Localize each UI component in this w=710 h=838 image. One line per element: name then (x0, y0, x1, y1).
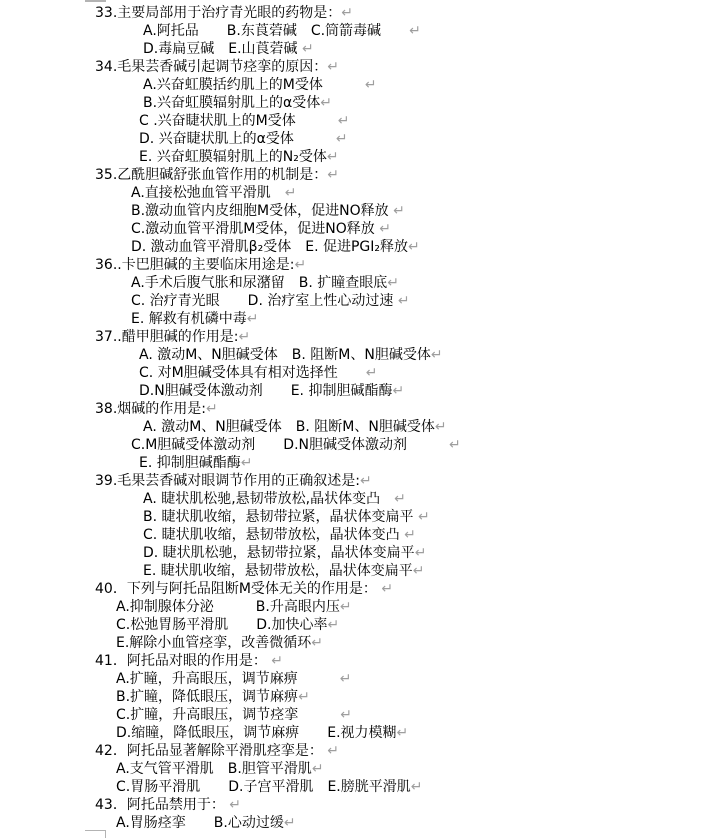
option-line: B.兴奋虹膜辐射肌上的α受体↵ (143, 94, 710, 112)
option-line: B.激动血管内皮细胞M受体，促进NO释放 ↵ (131, 202, 710, 220)
option-line: C. 治疗青光眼 D. 治疗室上性心动过速 ↵ (131, 292, 710, 310)
line-text: D.N胆碱受体激动剂 E. 抑制胆碱酯酶 (139, 383, 392, 399)
paragraph-mark-icon: ↵ (312, 761, 324, 777)
question-line-35: 35.乙酰胆碱舒张血管作用的机制是：↵ (95, 166, 710, 184)
question-line-36: 36..卡巴胆碱的主要临床用途是:↵ (95, 256, 710, 274)
line-text: C.M胆碱受体激动剂 D.N胆碱受体激动剂 (131, 437, 449, 453)
paragraph-mark-icon: ↵ (294, 257, 306, 273)
option-line: E. 兴奋虹膜辐射肌上的N₂受体↵ (139, 148, 710, 166)
paragraph-mark-icon: ↵ (379, 221, 391, 237)
paragraph-mark-icon: ↵ (431, 347, 443, 363)
paragraph-mark-icon: ↵ (320, 95, 332, 111)
line-text: 33.主要局部用于治疗青光眼的药物是： (95, 5, 341, 21)
paragraph-mark-icon: ↵ (415, 545, 427, 561)
line-text: A. 激动M、N胆碱受体 B. 阻断M、N胆碱受体 (143, 419, 435, 435)
option-line: C.激动血管平滑肌M受体，促进NO释放 ↵ (131, 220, 710, 238)
paragraph-mark-icon: ↵ (411, 779, 423, 795)
option-line: A.支气管平滑肌 B.胆管平滑肌↵ (116, 760, 710, 778)
line-text: E. 抑制胆碱酯酶 (139, 455, 241, 471)
line-text: C.胃肠平滑肌 D.子宫平滑肌 E.膀胱平滑肌 (116, 779, 411, 795)
question-line-33: 33.主要局部用于治疗青光眼的药物是：↵ (95, 4, 710, 22)
line-text: 36..卡巴胆碱的主要临床用途是: (95, 257, 294, 273)
paragraph-mark-icon: ↵ (298, 689, 310, 705)
option-line: A.胃肠痉挛 B.心动过缓↵ (116, 814, 710, 832)
line-text: D. 激动血管平滑肌β₂受体 E. 促进PGI₂释放 (131, 239, 408, 255)
line-text: A.直接松弛血管平滑肌 (131, 185, 285, 201)
question-line-38: 38.烟碱的作用是:↵ (95, 400, 710, 418)
line-text: B.激动血管内皮细胞M受体，促进NO释放 (131, 203, 393, 219)
paragraph-mark-icon: ↵ (408, 239, 420, 255)
option-line: B.扩瞳，降低眼压，调节麻痹↵ (116, 688, 710, 706)
line-text: 41．阿托品对眼的作用是： (95, 653, 271, 669)
line-text: 40．下列与阿托品阻断M受体无关的作用是： (95, 581, 381, 597)
paragraph-mark-icon: ↵ (435, 419, 447, 435)
line-text: 34.毛果芸香碱引起调节痉挛的原因： (95, 59, 327, 75)
question-line-39: 39.毛果芸香碱对眼调节作用的正确叙述是:↵ (95, 472, 710, 490)
paragraph-mark-icon: ↵ (409, 23, 421, 39)
option-line: A.抑制腺体分泌 B.升高眼内压↵ (116, 598, 710, 616)
line-text: B. 睫状肌收缩，悬韧带拉紧，晶状体变扁平 (143, 509, 418, 525)
option-line: D. 睫状肌松驰，悬韧带拉紧，晶状体变扁平↵ (143, 544, 710, 562)
paragraph-mark-icon: ↵ (340, 599, 352, 615)
line-text: B.兴奋虹膜辐射肌上的α受体 (143, 95, 320, 111)
option-line: C .兴奋睫状肌上的M受体 ↵ (139, 112, 710, 130)
option-line: E.解除小血管痉挛，改善微循环↵ (116, 634, 710, 652)
option-line: A.直接松弛血管平滑肌 ↵ (131, 184, 710, 202)
option-line: D.毒扁豆碱 E.山莨菪碱 ↵ (143, 40, 710, 58)
paragraph-mark-icon: ↵ (238, 329, 250, 345)
paragraph-mark-icon: ↵ (392, 383, 404, 399)
line-text: 37..醋甲胆碱的作用是: (95, 329, 238, 345)
paragraph-mark-icon: ↵ (302, 41, 314, 57)
line-text: D. 兴奋睫状肌上的α受体 (139, 131, 336, 147)
paragraph-mark-icon: ↵ (206, 401, 218, 417)
paragraph-mark-icon: ↵ (341, 5, 353, 21)
line-text: A.手术后腹气胀和尿潴留 B. 扩瞳查眼底 (131, 275, 387, 291)
paragraph-mark-icon: ↵ (284, 815, 296, 831)
line-text: D. 睫状肌松驰，悬韧带拉紧，晶状体变扁平 (143, 545, 415, 561)
line-text: A.胃肠痉挛 B.心动过缓 (116, 815, 284, 831)
paragraph-mark-icon: ↵ (418, 509, 430, 525)
paragraph-mark-icon: ↵ (327, 743, 339, 759)
option-line: E. 解救有机磷中毒↵ (131, 310, 710, 328)
option-line: D.缩瞳，降低眼压，调节麻痹 E.视力模糊↵ (116, 724, 710, 742)
paragraph-mark-icon: ↵ (327, 617, 339, 633)
option-line: C.扩瞳，升高眼压，调节痉挛 ↵ (116, 706, 710, 724)
paragraph-mark-icon: ↵ (271, 653, 283, 669)
line-text: 42．阿托品显著解除平滑肌痉挛是： (95, 743, 327, 759)
line-text: C. 对M胆碱受体具有相对选择性 (139, 365, 366, 381)
line-text: E.解除小血管痉挛，改善微循环 (116, 635, 311, 651)
question-line-37: 37..醋甲胆碱的作用是:↵ (95, 328, 710, 346)
paragraph-mark-icon: ↵ (327, 149, 339, 165)
line-text: C. 睫状肌收缩，悬韧带放松，晶状体变凸 (143, 527, 404, 543)
option-line: A.扩瞳，升高眼压，调节麻痹 ↵ (116, 670, 710, 688)
line-text: 39.毛果芸香碱对眼调节作用的正确叙述是: (95, 473, 360, 489)
line-text: A.扩瞳，升高眼压，调节麻痹 (116, 671, 340, 687)
paragraph-mark-icon: ↵ (360, 473, 372, 489)
paragraph-mark-icon: ↵ (285, 185, 297, 201)
line-text: A.抑制腺体分泌 B.升高眼内压 (116, 599, 340, 615)
paragraph-mark-icon: ↵ (404, 527, 416, 543)
line-text: C.激动血管平滑肌M受体，促进NO释放 (131, 221, 379, 237)
option-line: D. 激动血管平滑肌β₂受体 E. 促进PGI₂释放↵ (131, 238, 710, 256)
line-text: E. 解救有机磷中毒 (131, 311, 247, 327)
line-text: A.兴奋虹膜括约肌上的M受体 (143, 77, 365, 93)
paragraph-mark-icon: ↵ (394, 491, 406, 507)
option-line: E. 抑制胆碱酯酶↵ (139, 454, 710, 472)
question-line-40: 40．下列与阿托品阻断M受体无关的作用是： ↵ (95, 580, 710, 598)
paragraph-mark-icon: ↵ (327, 59, 339, 75)
line-text: A.阿托品 B.东莨菪碱 C.筒箭毒碱 (143, 23, 409, 39)
option-line: D. 兴奋睫状肌上的α受体 ↵ (139, 130, 710, 148)
line-text: C .兴奋睫状肌上的M受体 (139, 113, 338, 129)
paragraph-mark-icon: ↵ (241, 455, 253, 471)
paragraph-mark-icon: ↵ (340, 707, 352, 723)
question-line-42: 42．阿托品显著解除平滑肌痉挛是： ↵ (95, 742, 710, 760)
line-text: D.缩瞳，降低眼压，调节麻痹 E.视力模糊 (116, 725, 397, 741)
paragraph-mark-icon: ↵ (397, 725, 409, 741)
paragraph-mark-icon: ↵ (393, 203, 405, 219)
paragraph-mark-icon: ↵ (338, 113, 350, 129)
option-line: C.胃肠平滑肌 D.子宫平滑肌 E.膀胱平滑肌↵ (116, 778, 710, 796)
question-line-43: 43．阿托品禁用于： ↵ (95, 796, 710, 814)
paragraph-mark-icon: ↵ (229, 797, 241, 813)
line-text: D.毒扁豆碱 E.山莨菪碱 (143, 41, 302, 57)
line-text: 35.乙酰胆碱舒张血管作用的机制是： (95, 167, 327, 183)
paragraph-mark-icon: ↵ (381, 581, 393, 597)
line-text: A. 激动M、N胆碱受体 B. 阻断M、N胆碱受体 (139, 347, 431, 363)
option-line: A.阿托品 B.东莨菪碱 C.筒箭毒碱 ↵ (143, 22, 710, 40)
paragraph-mark-icon: ↵ (311, 635, 323, 651)
option-line: A. 睫状肌松驰,悬韧带放松,晶状体变凸 ↵ (143, 490, 710, 508)
paragraph-mark-icon: ↵ (336, 131, 348, 147)
paragraph-mark-icon: ↵ (247, 311, 259, 327)
option-line: C.M胆碱受体激动剂 D.N胆碱受体激动剂 ↵ (131, 436, 710, 454)
line-text: A.支气管平滑肌 B.胆管平滑肌 (116, 761, 312, 777)
line-text: E. 睫状肌收缩，悬韧带放松，晶状体变扁平 (143, 563, 413, 579)
line-text: 43．阿托品禁用于： (95, 797, 229, 813)
option-line: D.N胆碱受体激动剂 E. 抑制胆碱酯酶↵ (139, 382, 710, 400)
document-page[interactable]: 33.主要局部用于治疗青光眼的药物是：↵ A.阿托品 B.东莨菪碱 C.筒箭毒碱… (0, 0, 710, 838)
text-boundary-mark-top (85, 0, 106, 2)
option-line: C. 睫状肌收缩，悬韧带放松，晶状体变凸 ↵ (143, 526, 710, 544)
paragraph-mark-icon: ↵ (340, 671, 352, 687)
paragraph-mark-icon: ↵ (398, 293, 410, 309)
line-text: C.扩瞳，升高眼压，调节痉挛 (116, 707, 340, 723)
option-line: C.松弛胃肠平滑肌 D.加快心率↵ (116, 616, 710, 634)
paragraph-mark-icon: ↵ (387, 275, 399, 291)
option-line: E. 睫状肌收缩，悬韧带放松，晶状体变扁平↵ (143, 562, 710, 580)
option-line: A.手术后腹气胀和尿潴留 B. 扩瞳查眼底↵ (131, 274, 710, 292)
option-line: C. 对M胆碱受体具有相对选择性 ↵ (139, 364, 710, 382)
line-text: C. 治疗青光眼 D. 治疗室上性心动过速 (131, 293, 398, 309)
option-line: A.兴奋虹膜括约肌上的M受体 ↵ (143, 76, 710, 94)
paragraph-mark-icon: ↵ (327, 167, 339, 183)
paragraph-mark-icon: ↵ (366, 365, 378, 381)
line-text: 38.烟碱的作用是: (95, 401, 206, 417)
question-line-41: 41．阿托品对眼的作用是： ↵ (95, 652, 710, 670)
line-text: E. 兴奋虹膜辐射肌上的N₂受体 (139, 149, 327, 165)
option-line: B. 睫状肌收缩，悬韧带拉紧，晶状体变扁平 ↵ (143, 508, 710, 526)
paragraph-mark-icon: ↵ (449, 437, 461, 453)
line-text: B.扩瞳，降低眼压，调节麻痹 (116, 689, 298, 705)
line-text: A. 睫状肌松驰,悬韧带放松,晶状体变凸 (143, 491, 394, 507)
option-line: A. 激动M、N胆碱受体 B. 阻断M、N胆碱受体↵ (139, 346, 710, 364)
document-content: 33.主要局部用于治疗青光眼的药物是：↵ A.阿托品 B.东莨菪碱 C.筒箭毒碱… (0, 4, 710, 832)
question-line-34: 34.毛果芸香碱引起调节痉挛的原因：↵ (95, 58, 710, 76)
line-text: C.松弛胃肠平滑肌 D.加快心率 (116, 617, 327, 633)
paragraph-mark-icon: ↵ (365, 77, 377, 93)
paragraph-mark-icon: ↵ (413, 563, 425, 579)
option-line: A. 激动M、N胆碱受体 B. 阻断M、N胆碱受体↵ (143, 418, 710, 436)
